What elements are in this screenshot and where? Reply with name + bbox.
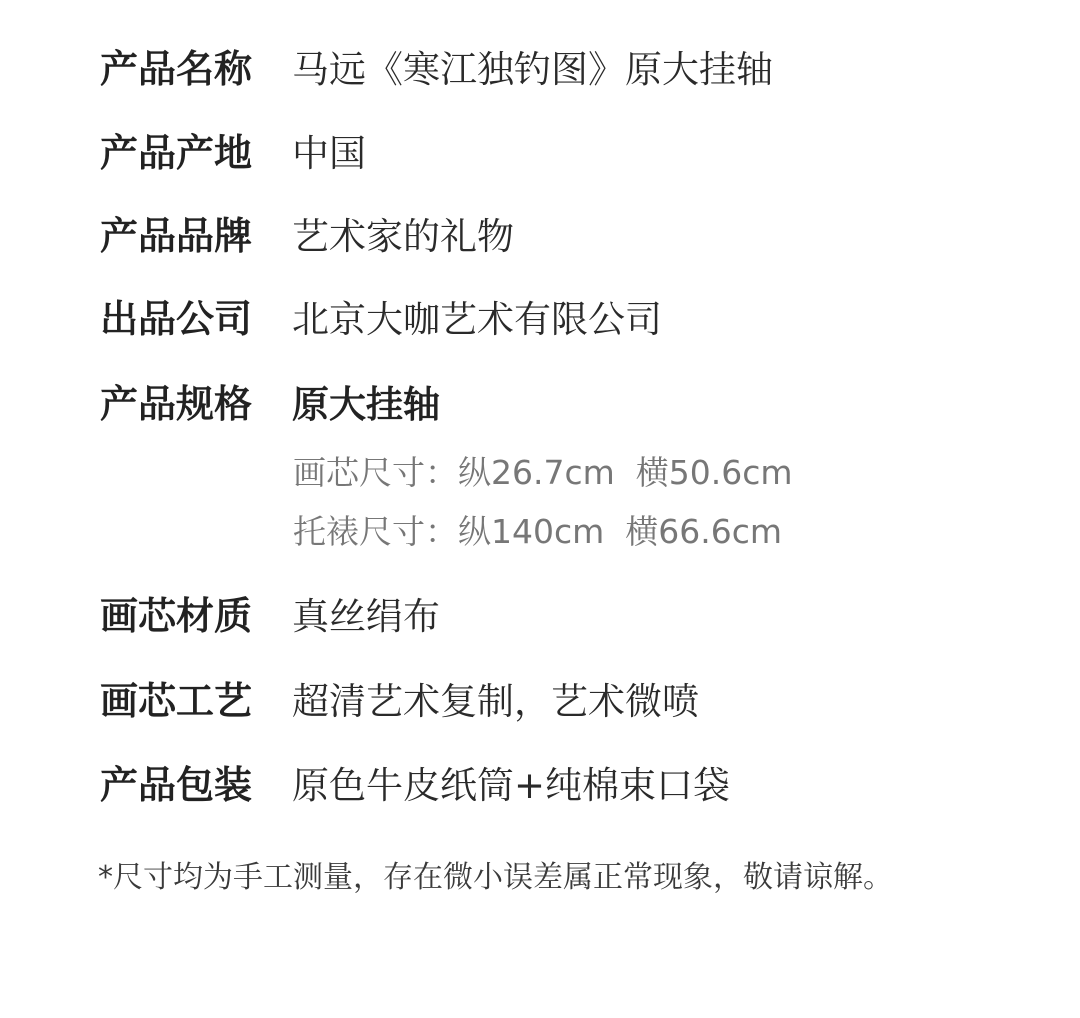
spec-value: 艺术家的礼物	[292, 206, 514, 260]
spec-row-name: 产品名称 马远《寒江独钓图》原大挂轴	[100, 38, 773, 93]
core-dimension-width: 横50.6cm	[636, 447, 793, 494]
spec-row-packaging: 产品包装 原色牛皮纸筒+纯棉束口袋	[100, 754, 730, 809]
core-dimension: 画芯尺寸：纵26.7cm 横50.6cm	[293, 447, 793, 494]
core-dimension-label: 画芯尺寸：	[293, 447, 458, 494]
spec-row-origin: 产品产地 中国	[100, 122, 366, 177]
spec-label: 产品品牌	[100, 205, 292, 260]
mount-dimension-width: 横66.6cm	[625, 506, 782, 553]
spec-label: 画芯材质	[100, 585, 292, 640]
core-dimension-height: 纵26.7cm	[458, 447, 615, 494]
spec-label: 产品规格	[100, 373, 292, 428]
spec-value: 原大挂轴	[292, 374, 440, 428]
spec-row-company: 出品公司 北京大咖艺术有限公司	[100, 288, 662, 343]
mount-dimension: 托裱尺寸：纵140cm 横66.6cm	[293, 506, 782, 553]
mount-dimension-label: 托裱尺寸：	[293, 506, 458, 553]
spec-label: 产品产地	[100, 122, 292, 177]
spec-row-craft: 画芯工艺 超清艺术复制，艺术微喷	[100, 670, 699, 725]
mount-dimension-height: 纵140cm	[458, 506, 604, 553]
spec-value: 真丝绢布	[292, 586, 440, 640]
spec-row-material: 画芯材质 真丝绢布	[100, 585, 440, 640]
spec-value: 中国	[292, 123, 366, 177]
spec-row-brand: 产品品牌 艺术家的礼物	[100, 205, 514, 260]
measurement-note: *尺寸均为手工测量，存在微小误差属正常现象，敬请谅解。	[98, 852, 893, 896]
spec-label: 产品名称	[100, 38, 292, 93]
spec-label: 画芯工艺	[100, 670, 292, 725]
spec-row-spec: 产品规格 原大挂轴	[100, 373, 440, 428]
spec-label: 产品包装	[100, 754, 292, 809]
spec-value: 北京大咖艺术有限公司	[292, 289, 662, 343]
spec-label: 出品公司	[100, 288, 292, 343]
spec-value: 原色牛皮纸筒+纯棉束口袋	[292, 755, 730, 809]
spec-value: 超清艺术复制，艺术微喷	[292, 671, 699, 725]
spec-value: 马远《寒江独钓图》原大挂轴	[292, 39, 773, 93]
